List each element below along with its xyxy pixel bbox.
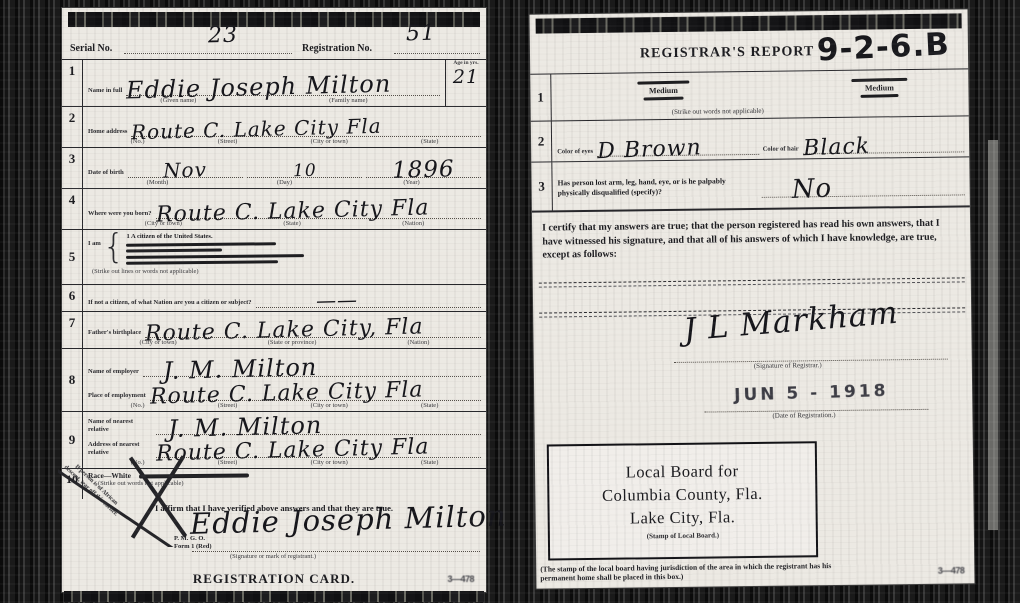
card-title: REGISTRATION CARD.: [193, 565, 355, 587]
row-employer: 8 Name of employer J. M. Milton Place of…: [62, 348, 486, 411]
caption-state: (State): [421, 402, 438, 409]
dob-label: Date of birth: [88, 169, 124, 178]
row-number: 7: [62, 312, 83, 348]
dob-day: 10: [292, 161, 316, 182]
disability-value: No: [791, 173, 833, 205]
struck-option: [126, 260, 278, 265]
report-header: REGISTRAR'S REPORT 9-2-6.B: [530, 28, 968, 73]
father-birthplace-label: Father's birthplace: [88, 329, 141, 338]
row-number: 5: [62, 230, 83, 284]
registrar-signature-caption: (Signature of Registrar.): [754, 361, 822, 370]
row-number: 2: [62, 107, 83, 147]
caption-state: (State): [421, 459, 438, 466]
row-number: 8: [62, 349, 83, 411]
strike-caption: (Strike out words not applicable): [672, 107, 764, 116]
signature-line: [192, 551, 480, 552]
registration-date-zone: JUN 5 - 1918 (Date of Registration.): [534, 377, 973, 428]
fine-print-row: (The stamp of the local board having jur…: [536, 555, 974, 584]
nation-value: ——: [315, 287, 358, 312]
row-citizenship: 5 I am { 1 A citizen of the United State…: [62, 229, 486, 284]
board-stamp-line: Columbia County, Fla.: [602, 483, 763, 505]
form-code: 3—478: [938, 565, 965, 575]
serial-no-value: 23: [208, 23, 239, 49]
form-code: 3—478: [447, 574, 474, 584]
registration-no-label: Registration No.: [302, 43, 372, 54]
row-number: 4: [62, 189, 83, 229]
citizen-option-1: 1 A citizen of the United States.: [126, 233, 481, 240]
home-address-label: Home address: [88, 128, 127, 137]
caption-nation: (Nation): [407, 339, 429, 346]
registrars-report-card: REGISTRAR'S REPORT 9-2-6.B 1 Medium Medi…: [530, 9, 975, 588]
birthplace-label: Where were you born?: [88, 210, 152, 219]
employer-name-label: Name of employer: [88, 368, 139, 377]
african-descent-corner-note: If person is of African descent, tear of…: [61, 458, 125, 519]
row-nation: 6 If not a citizen, of what Nation are y…: [62, 284, 486, 311]
board-box-instructions: (The stamp of the local board having jur…: [540, 560, 840, 583]
struck-slender: [851, 78, 907, 82]
row-number: 1: [530, 74, 552, 120]
registration-line: [394, 53, 480, 54]
blank-line: [539, 277, 965, 287]
hair-label: Color of hair: [763, 145, 799, 155]
film-gap-highlight: [988, 140, 998, 530]
date-stamp: JUN 5 - 1918: [734, 380, 889, 405]
corner-tear-graphic: If person is of African descent, tear of…: [58, 451, 190, 547]
height-value: Medium: [637, 85, 689, 95]
row-home-address: 2 Home address Route C. Lake City Fla (N…: [62, 106, 486, 147]
local-board-stamp-box: Local Board for Columbia County, Fla. La…: [547, 441, 818, 560]
card-title-zone: REGISTRATION CARD. 3—478: [62, 565, 486, 591]
row-description: 1 Medium Medium (Strike out words not ap…: [530, 68, 969, 120]
i-am-label: I am: [88, 232, 101, 249]
row-father-birthplace: 7 Father's birthplace Route C. Lake City…: [62, 311, 486, 348]
microfilm-scan: Serial No. 23 Registration No. 51 1 Name…: [0, 0, 1020, 603]
row-number: 2: [531, 121, 552, 161]
row-number: 3: [62, 148, 83, 188]
height-group: Medium: [637, 79, 689, 102]
row-number: 3: [531, 162, 553, 210]
brace-glyph: {: [103, 232, 125, 263]
struck-tall: [637, 80, 689, 84]
eyes-label: Color of eyes: [557, 147, 593, 157]
registrar-signature-zone: J L Markham (Signature of Registrar.): [533, 317, 972, 382]
disability-label: Has person lost arm, leg, hand, eye, or …: [558, 176, 758, 200]
build-group: Medium: [851, 76, 907, 99]
registrant-signature: Eddie Joseph Milton: [190, 499, 483, 541]
board-stamp-line: Local Board for: [626, 461, 739, 482]
employment-place-label: Place of employment: [88, 392, 146, 401]
serial-line: [124, 53, 292, 54]
row-date-of-birth: 3 Date of birth Nov 10 1896 (Month) (Day…: [62, 147, 486, 188]
nation-label: If not a citizen, of what Nation are you…: [88, 299, 252, 308]
row-birthplace: 4 Where were you born? Route C. Lake Cit…: [62, 188, 486, 229]
report-title: REGISTRAR'S REPORT: [640, 44, 814, 62]
caption-no: (No.): [131, 402, 145, 409]
struck-short: [644, 96, 684, 99]
signature-zone: If person is of African descent, tear of…: [62, 513, 486, 565]
build-value: Medium: [851, 83, 907, 93]
relative-name-label: Name of nearest relative: [88, 418, 152, 435]
row-disability: 3 Has person lost arm, leg, hand, eye, o…: [531, 156, 970, 210]
struck-option: [126, 248, 222, 252]
board-stamp-line: Lake City, Fla.: [630, 507, 736, 528]
age-value: 21: [453, 66, 479, 88]
dob-year: 1896: [392, 156, 455, 184]
serial-row: Serial No. 23 Registration No. 51: [62, 27, 486, 59]
struck-stout: [860, 93, 898, 96]
strike-caption: (Strike out lines or words not applicabl…: [88, 267, 481, 277]
age-box: Age in yrs. 21: [445, 60, 486, 106]
caption-state: (State): [421, 138, 438, 145]
caption-day: (Day): [221, 179, 348, 186]
board-stamp-caption: (Stamp of Local Board.): [647, 531, 719, 540]
struck-option: [126, 254, 304, 259]
row-eyes-hair: 2 Color of eyes D Brown Color of hair Bl…: [531, 115, 969, 161]
row-name: 1 Name in full Eddie Joseph Milton (Give…: [62, 59, 486, 106]
serial-no-label: Serial No.: [70, 43, 112, 54]
row-number: 1: [62, 60, 83, 106]
name-label: Name in full: [88, 87, 122, 96]
certification-paragraph: I certify that my answers are true; that…: [532, 205, 971, 266]
registration-card: Serial No. 23 Registration No. 51 1 Name…: [62, 8, 486, 592]
struck-option: [126, 242, 276, 247]
precinct-stamp-code: 9-2-6.B: [816, 26, 950, 68]
row-number: 6: [62, 285, 83, 311]
age-label: Age in yrs.: [446, 60, 486, 66]
card-bottom-edge: [64, 591, 484, 602]
registration-no-value: 51: [406, 21, 437, 47]
signature-caption: (Signature or mark of registrant.): [230, 553, 316, 560]
date-caption: (Date of Registration.): [772, 410, 835, 419]
dob-month: Nov: [163, 157, 207, 182]
